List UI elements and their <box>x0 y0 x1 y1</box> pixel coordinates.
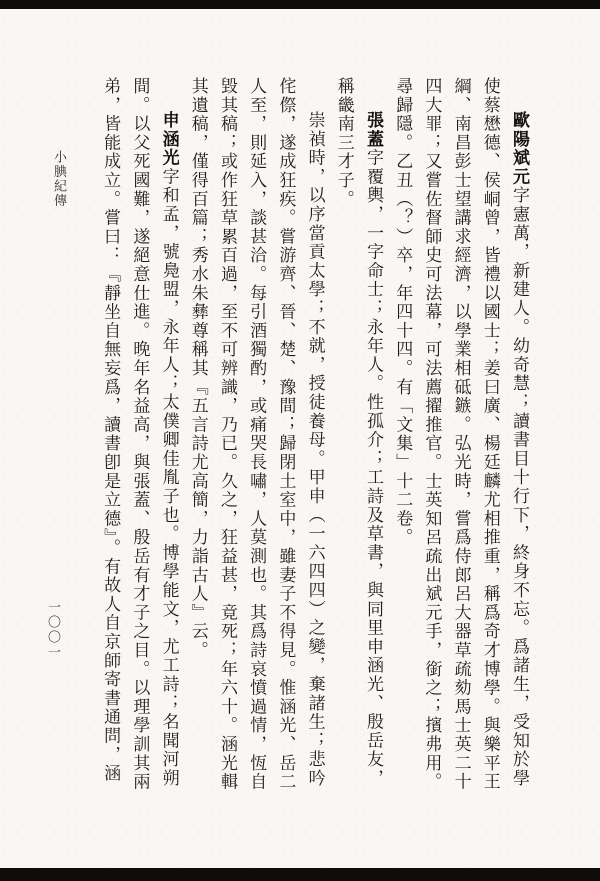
text-column: 稱畿南三才子。 <box>330 77 359 801</box>
text-column: 申涵光字和孟，號鳧盟，永年人；太僕卿佳胤子也。博學能文，尤工詩；名聞河朔 <box>154 77 183 801</box>
page-number: 一〇〇一 <box>44 600 63 660</box>
text-column: 尋歸隱。乙丑（？）卒，年四十四。有「文集」十二卷。 <box>388 77 417 801</box>
text-column: 人至，則延入，談甚洽。每引酒獨酌，或痛哭長嘯，人莫測也。其爲詩哀憤過情，恆自 <box>242 77 271 801</box>
text-column: 張蓋字覆輿，一字命士；永年人。性孤介；工詩及草書，與同里申涵光、殷岳友， <box>359 77 388 801</box>
text-column: 歐陽斌元字憲萬，新建人。幼奇慧；讀書目十行下，終身不忘。爲諸生，受知於學 <box>505 77 534 801</box>
person-name: 歐陽斌元 <box>510 111 529 186</box>
text-column: 使蔡懋德、侯峒曾，皆禮以國士；姜曰廣、楊廷麟尤相推重，稱爲奇才博學。與樂平王 <box>476 77 505 801</box>
text-column: 綱、南昌彭士望講求經濟，以學業相砥鏃。弘光時，嘗爲侍郎呂大器草疏劾馬士英二十 <box>446 77 475 801</box>
text-column: 毀其稿；或作狂草累百過，至不可辨識，乃已。久之，狂益甚，竟死；年六十。涵光輯 <box>213 77 242 801</box>
scan-edge-top <box>0 0 600 9</box>
text-column: 四大罪；又嘗佐督師史可法幕，可法薦擢推官。士英知呂疏出斌元手，銜之；擯弗用。 <box>417 77 446 801</box>
book-page: 小腆紀傳 歐陽斌元字憲萬，新建人。幼奇慧；讀書目十行下，終身不忘。爲諸生，受知於… <box>0 0 600 881</box>
text-column: 弟，皆能成立。嘗曰：『靜坐自無妄爲，讀書卽是立德』。有故人自京師寄書通問，涵 <box>96 77 125 801</box>
person-name: 張蓋 <box>364 111 383 149</box>
text-column: 侘傺，遂成狂疾。嘗游齊、晉、楚、豫間；歸閉土室中，雖妻子不得見。惟涵光、岳二 <box>271 77 300 801</box>
text-column: 間。以父死國難，遂絕意仕進。晚年名益高，與張蓋、殷岳有才子之目。以理學訓其兩 <box>125 77 154 801</box>
person-name: 申涵光 <box>160 111 179 167</box>
text-column: 其遺稿，僅得百篇；秀水朱彝尊稱其『五言詩尤高簡，力詣古人』云。 <box>184 77 213 801</box>
book-margin-title: 小腆紀傳 <box>50 150 69 208</box>
body-text: 歐陽斌元字憲萬，新建人。幼奇慧；讀書目十行下，終身不忘。爲諸生，受知於學使蔡懋德… <box>92 77 534 801</box>
scan-edge-bottom <box>0 868 600 881</box>
text-column: 崇禎時，以序當貢太學；不就，授徒養母。甲申（一六四四）之變，棄諸生；悲吟 <box>300 77 329 801</box>
